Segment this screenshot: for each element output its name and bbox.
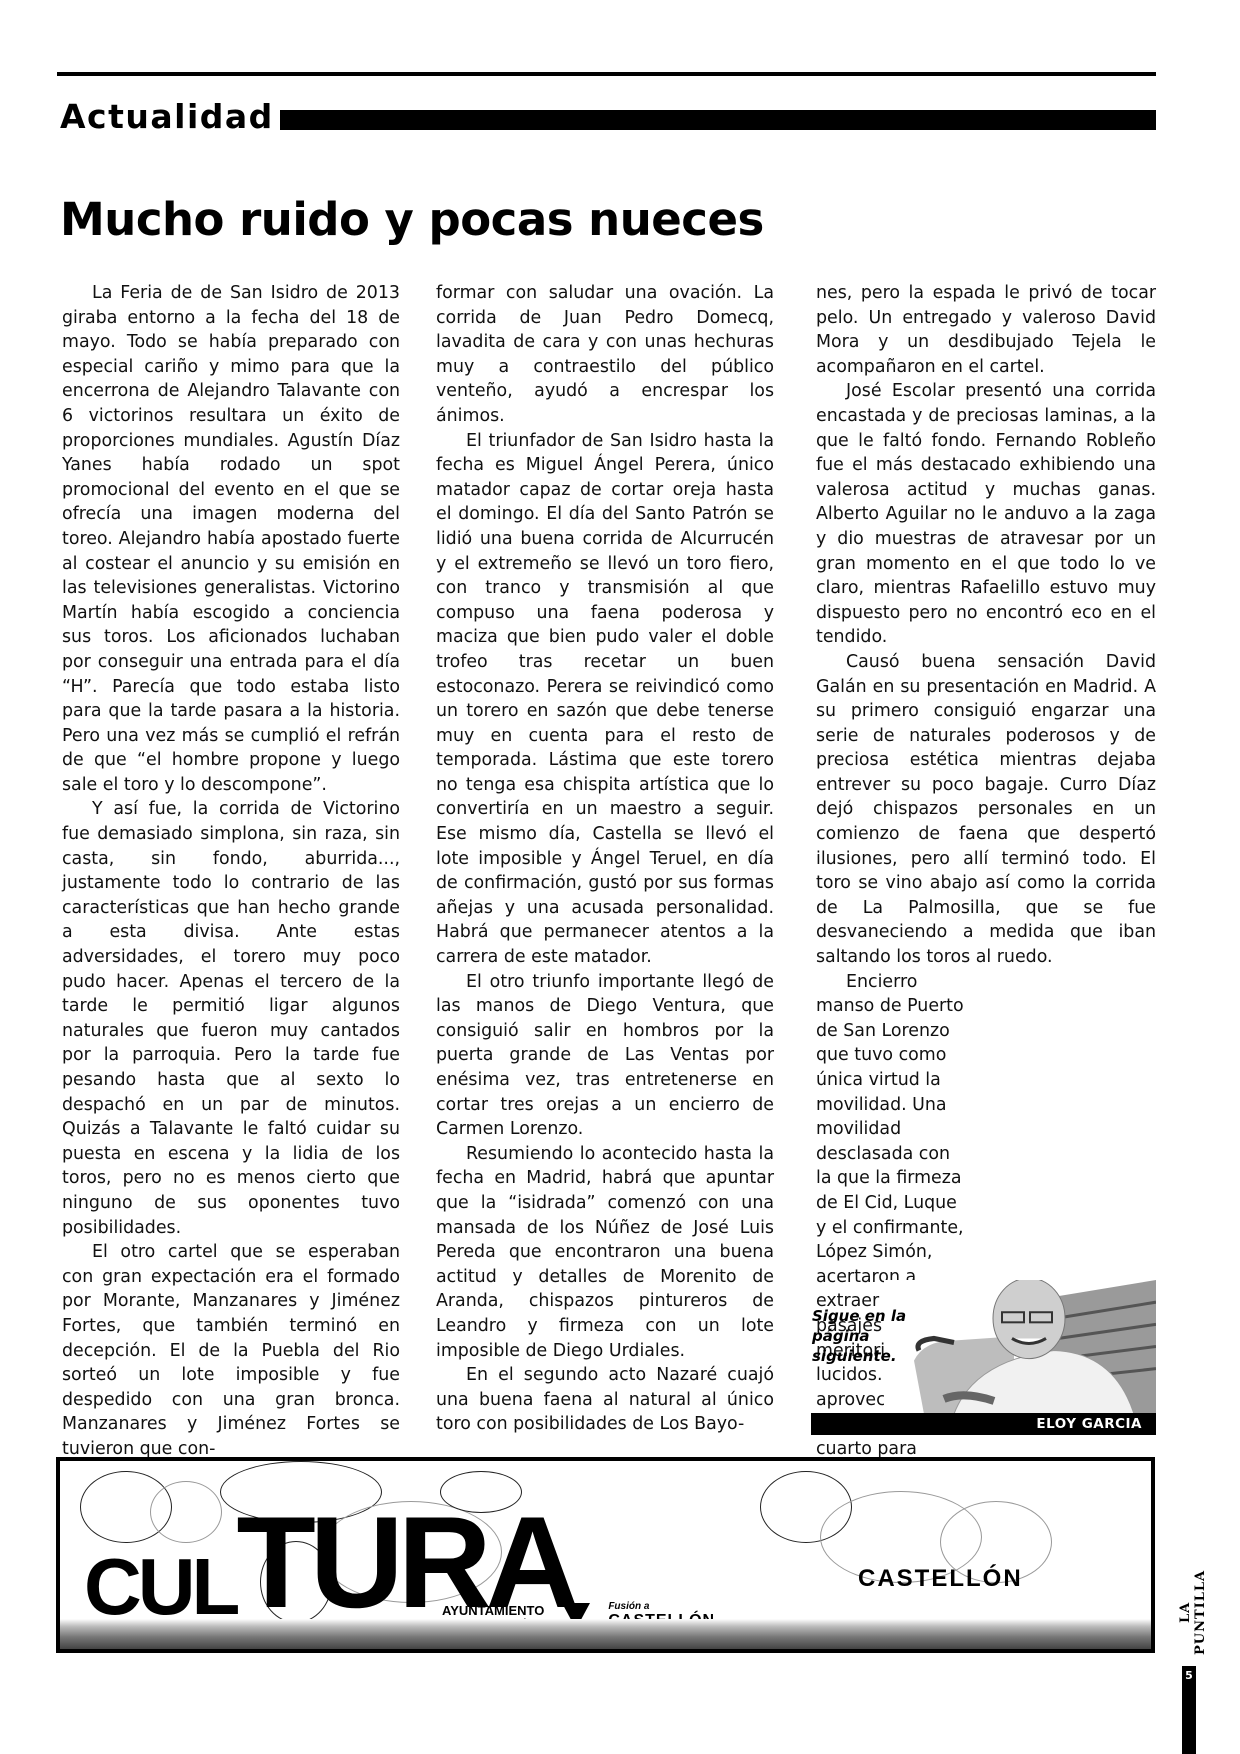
paragraph: formar con saludar una ovación. La corri…: [436, 281, 774, 429]
cultura-castellon-ad[interactable]: CULTURA CASTELLÓN AYUNTAMIENTO Cultura F…: [56, 1457, 1155, 1653]
ad-city: CASTELLÓN: [858, 1565, 1023, 1593]
page-number: 5: [1182, 1666, 1196, 1754]
author-photo: [884, 1280, 1156, 1413]
city-skyline-image: [60, 1619, 1151, 1649]
article-column-3: nes, pero la espada le privó de tocar pe…: [816, 281, 1156, 1658]
ad-title-small: CUL: [84, 1547, 236, 1627]
article-column-1: La Feria de de San Isidro de 2013 giraba…: [62, 281, 400, 1462]
section-header: Actualidad: [60, 96, 1156, 136]
paragraph: El triunfador de San Isidro hasta la fec…: [436, 429, 774, 970]
section-bar: [280, 110, 1156, 130]
paragraph: En el segundo acto Nazaré cuajó una buen…: [436, 1363, 774, 1437]
paragraph: La Feria de de San Isidro de 2013 giraba…: [62, 281, 400, 797]
article-column-2: formar con saludar una ovación. La corri…: [436, 281, 774, 1437]
continue-note: Sigue en la página siguiente.: [812, 1306, 912, 1366]
paragraph: nes, pero la espada le privó de tocar pe…: [816, 281, 1156, 379]
paragraph: Y así fue, la corrida de Victorino fue d…: [62, 797, 400, 1240]
paragraph: Resumiendo lo acontecido hasta la fecha …: [436, 1142, 774, 1363]
sponsor-ayuntamiento-label: AYUNTAMIENTO: [442, 1603, 544, 1618]
top-rule: [57, 72, 1156, 76]
sponsor-castellon-sub: Fusión a: [608, 1601, 715, 1612]
section-label: Actualidad: [60, 98, 274, 136]
article-headline: Mucho ruido y pocas nueces: [60, 192, 764, 248]
publication-sidebar: LA PUNTILLA 5: [1178, 1562, 1200, 1754]
paragraph: José Escolar presentó una corrida encast…: [816, 379, 1156, 650]
author-byline: ELOY GARCIA: [811, 1413, 1156, 1435]
publication-name: LA PUNTILLA: [1178, 1562, 1200, 1662]
paragraph: Causó buena sensación David Galán en su …: [816, 650, 1156, 970]
paragraph: El otro cartel que se esperaban con gran…: [62, 1240, 400, 1461]
paragraph: El otro triunfo importante llegó de las …: [436, 970, 774, 1142]
